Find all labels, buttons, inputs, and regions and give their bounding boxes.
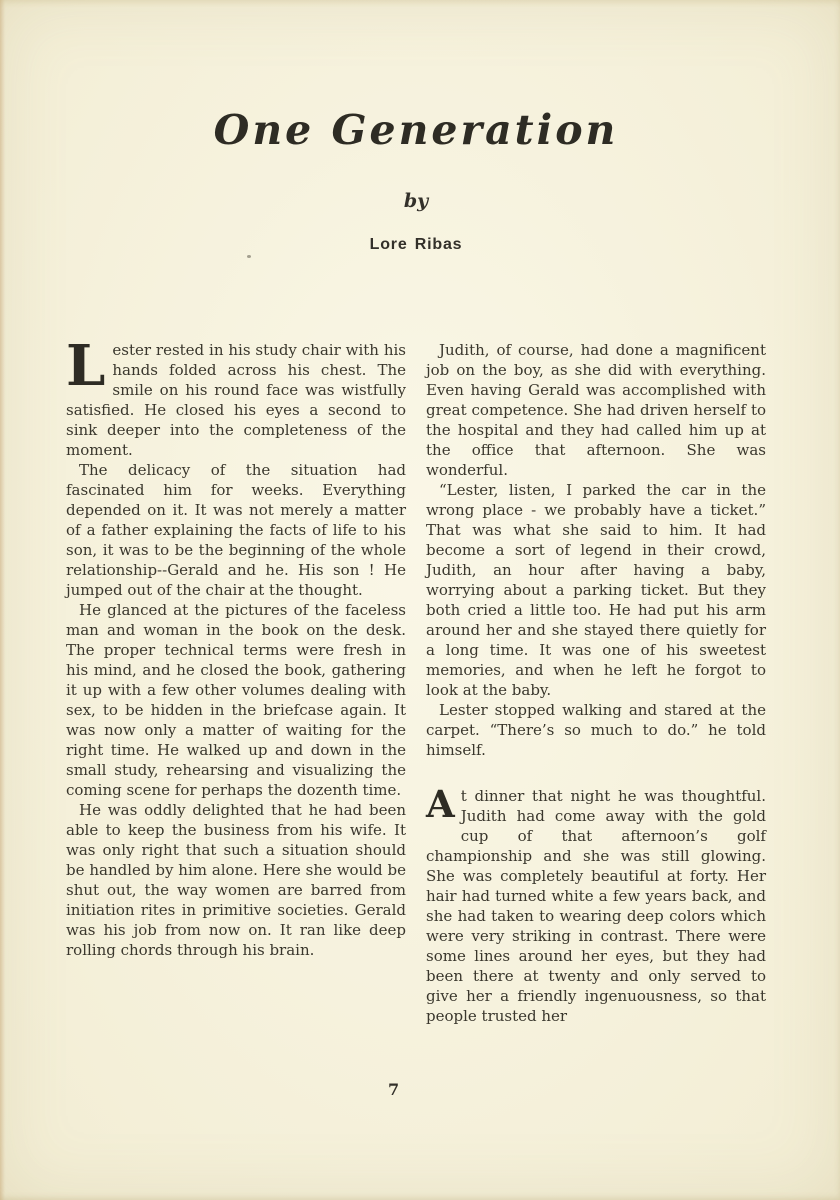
paragraph: The delicacy of the situation had fascin… (66, 460, 406, 600)
author-name: Lore Ribas (66, 236, 766, 254)
two-column-body: Lester rested in his study chair with hi… (66, 340, 766, 1026)
drop-cap: A (426, 789, 455, 827)
paragraph: At dinner that night he was thoughtful. … (426, 786, 766, 1026)
scan-speck (247, 255, 251, 258)
drop-cap: L (66, 343, 105, 400)
scanned-magazine-page: One Generation by Lore Ribas Lester rest… (0, 0, 840, 1200)
paragraph: “Lester, listen, I parked the car in the… (426, 480, 766, 700)
page-number: 7 (388, 1080, 399, 1099)
paragraph: He was oddly delighted that he had been … (66, 800, 406, 960)
paragraph: Lester stopped walking and stared at the… (426, 700, 766, 760)
left-column: Lester rested in his study chair with hi… (66, 340, 406, 1026)
story-title: One Generation (66, 0, 766, 154)
right-column: Judith, of course, had done a magnificen… (426, 340, 766, 1026)
paragraph: Judith, of course, had done a magnificen… (426, 340, 766, 480)
byline-label: by (66, 190, 766, 212)
page-content: One Generation by Lore Ribas Lester rest… (0, 0, 840, 1200)
paragraph: He glanced at the pictures of the facele… (66, 600, 406, 800)
paragraph: Lester rested in his study chair with hi… (66, 340, 406, 460)
